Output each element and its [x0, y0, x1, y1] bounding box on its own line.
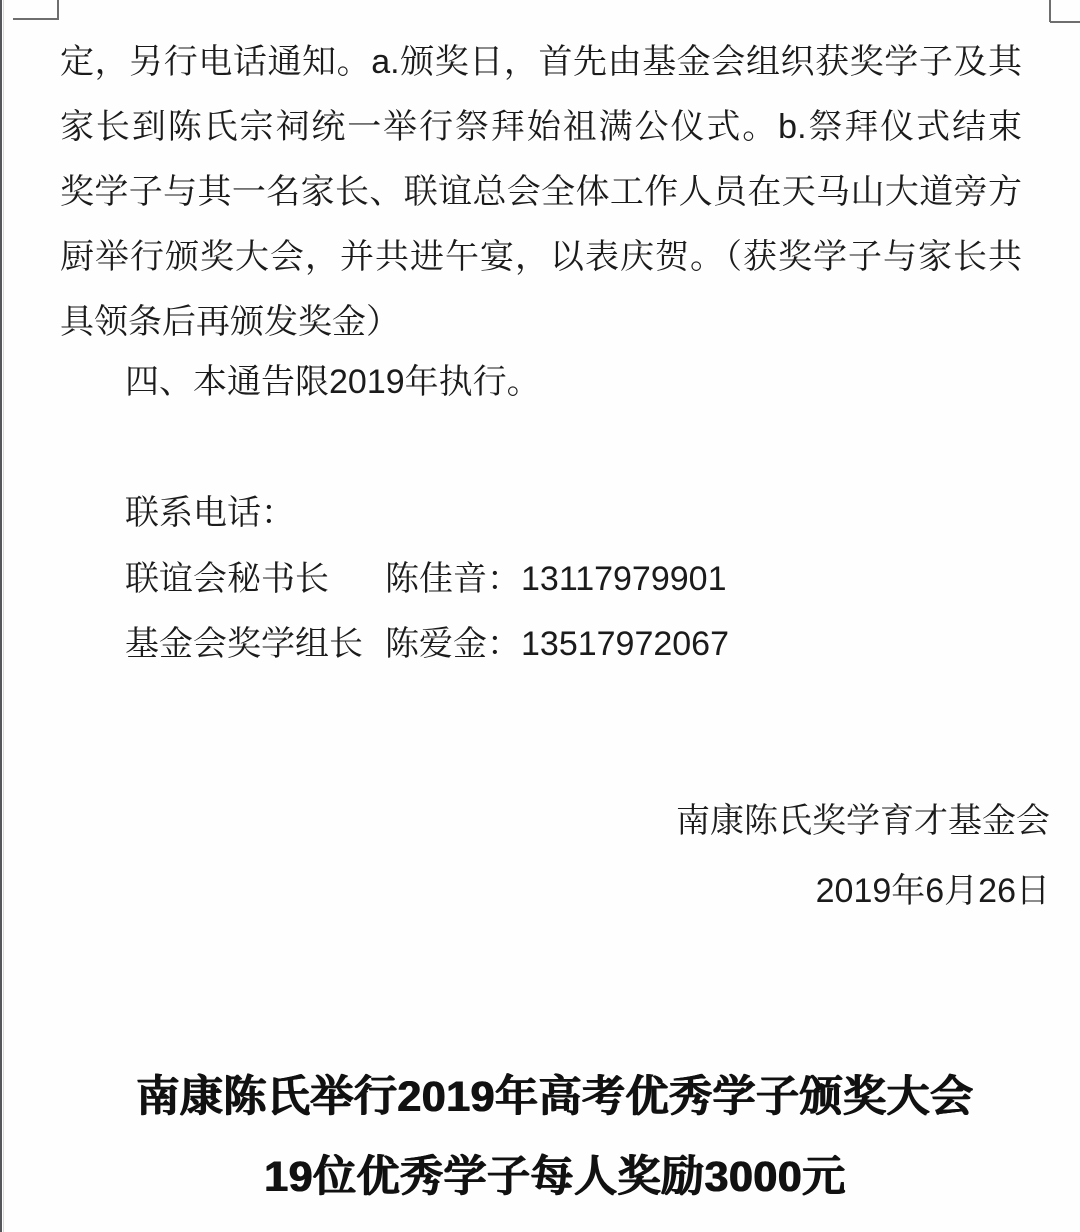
signature-organization: 南康陈氏奖学育才基金会: [676, 789, 1050, 854]
document-page: 定，另行电话通知。a.颁奖日，首先由基金会组织获奖学子及其一名 家长到陈氏宗祠统…: [0, 0, 1080, 1232]
contact-row: 联谊会秘书长陈佳音：13117979901: [125, 547, 1022, 612]
contact-name-phone: 陈爱金：13517972067: [385, 612, 729, 677]
crop-mark-top-left-vertical: [57, 0, 59, 19]
contact-name-phone: 陈佳音：13117979901: [385, 547, 726, 612]
page-left-edge-line: [0, 0, 2, 1232]
crop-mark-top-right-horizontal: [1050, 21, 1080, 23]
headline-line-1: 南康陈氏举行2019年高考优秀学子颁奖大会: [60, 1062, 1050, 1132]
body-line: 奖学子与其一名家长、联谊总会全体工作人员在天马山大道旁方圆大: [60, 160, 1022, 225]
contact-role: 联谊会秘书长: [125, 547, 385, 612]
crop-mark-top-right-vertical: [1049, 0, 1051, 22]
contact-role: 基金会奖学组长: [125, 612, 385, 677]
body-paragraph: 定，另行电话通知。a.颁奖日，首先由基金会组织获奖学子及其一名 家长到陈氏宗祠统…: [60, 30, 1022, 355]
body-line: 厨举行颁奖大会，并共进午宴，以表庆贺。（获奖学子与家长共同出: [60, 225, 1022, 290]
crop-mark-top-left-horizontal: [13, 18, 59, 20]
headline-line-2: 19位优秀学子每人奖励3000元: [60, 1142, 1050, 1212]
contact-heading: 联系电话：: [125, 481, 295, 546]
clause-line: 四、本通告限2019年执行。: [125, 350, 1022, 415]
signature-date: 2019年6月26日: [816, 859, 1050, 924]
body-line: 具领条后再颁发奖金）: [60, 290, 1022, 355]
body-line: 家长到陈氏宗祠统一举行祭拜始祖满公仪式。b.祭拜仪式结束后，获: [60, 95, 1022, 160]
body-line: 定，另行电话通知。a.颁奖日，首先由基金会组织获奖学子及其一名: [60, 30, 1022, 95]
contact-row: 基金会奖学组长陈爱金：13517972067: [125, 612, 1022, 677]
page-left-edge-shadow: [3, 0, 4, 1232]
